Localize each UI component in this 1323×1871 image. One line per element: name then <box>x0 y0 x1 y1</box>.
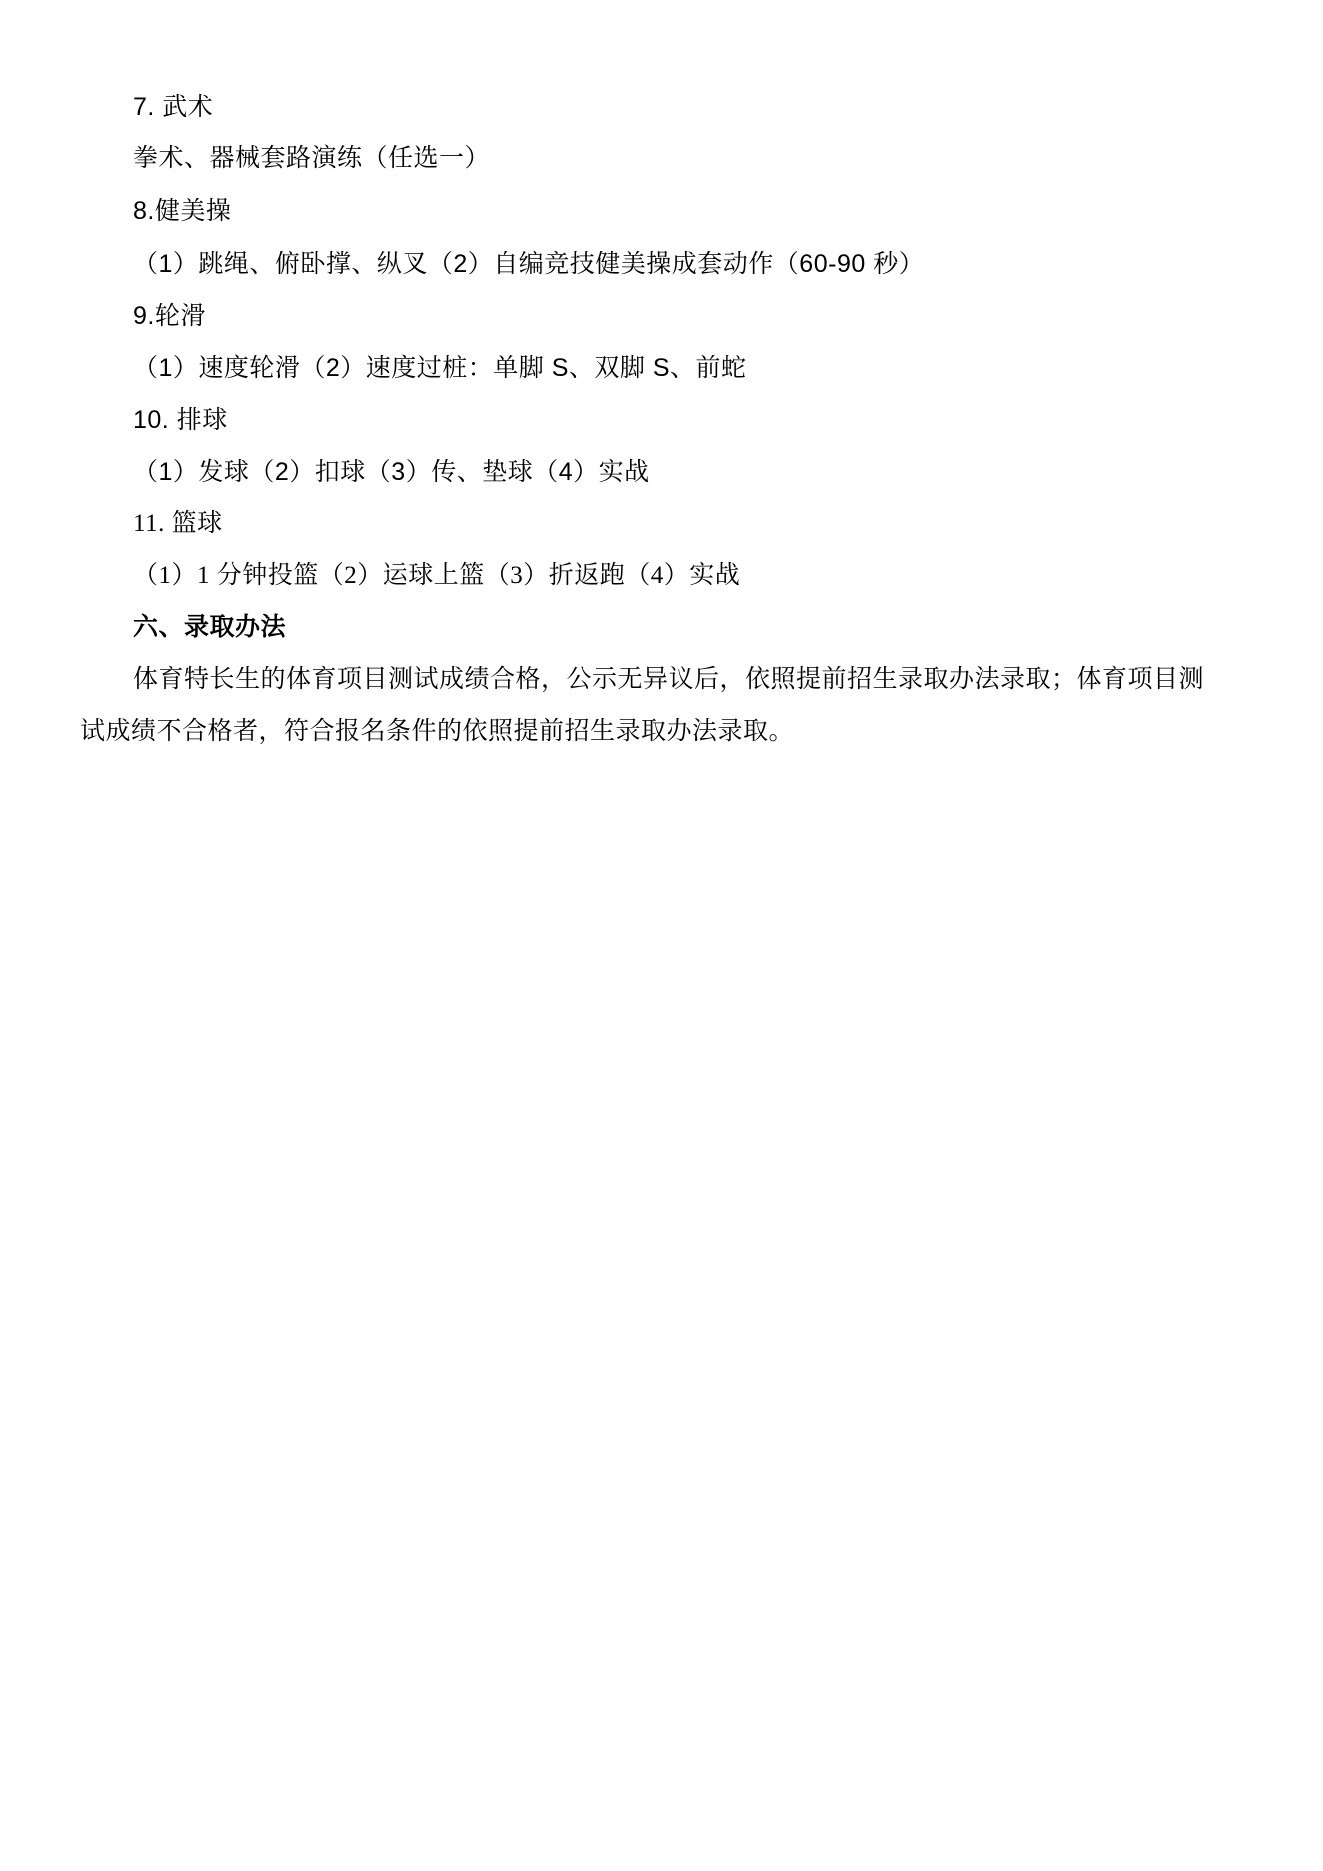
admission-paragraph-line1: 体育特长生的体育项目测试成绩合格，公示无异议后，依照提前招生录取办法录取；体育项… <box>133 665 1204 695</box>
section-title-admission: 六、录取办法 <box>133 613 286 643</box>
admission-paragraph-line2: 试成绩不合格者，符合报名条件的依照提前招生录取办法录取。 <box>80 717 794 747</box>
item-detail-aerobics: （1）跳绳、俯卧撑、纵叉（2）自编竞技健美操成套动作（60-90 秒） <box>133 249 924 279</box>
item-detail-skating: （1）速度轮滑（2）速度过桩：单脚 S、双脚 S、前蛇 <box>133 353 747 383</box>
item-heading-aerobics: 8.健美操 <box>133 196 231 226</box>
item-detail-wushu: 拳术、器械套路演练（任选一） <box>133 144 490 174</box>
item-heading-skating: 9.轮滑 <box>133 301 206 331</box>
item-detail-basketball: （1）1 分钟投篮（2）运球上篮（3）折返跑（4）实战 <box>133 561 740 591</box>
item-heading-wushu: 7. 武术 <box>133 92 213 122</box>
document-page: 7. 武术 拳术、器械套路演练（任选一） 8.健美操 （1）跳绳、俯卧撑、纵叉（… <box>0 0 1323 1871</box>
item-heading-basketball: 11. 篮球 <box>133 509 223 539</box>
item-heading-volleyball: 10. 排球 <box>133 405 228 435</box>
item-detail-volleyball: （1）发球（2）扣球（3）传、垫球（4）实战 <box>133 457 650 487</box>
